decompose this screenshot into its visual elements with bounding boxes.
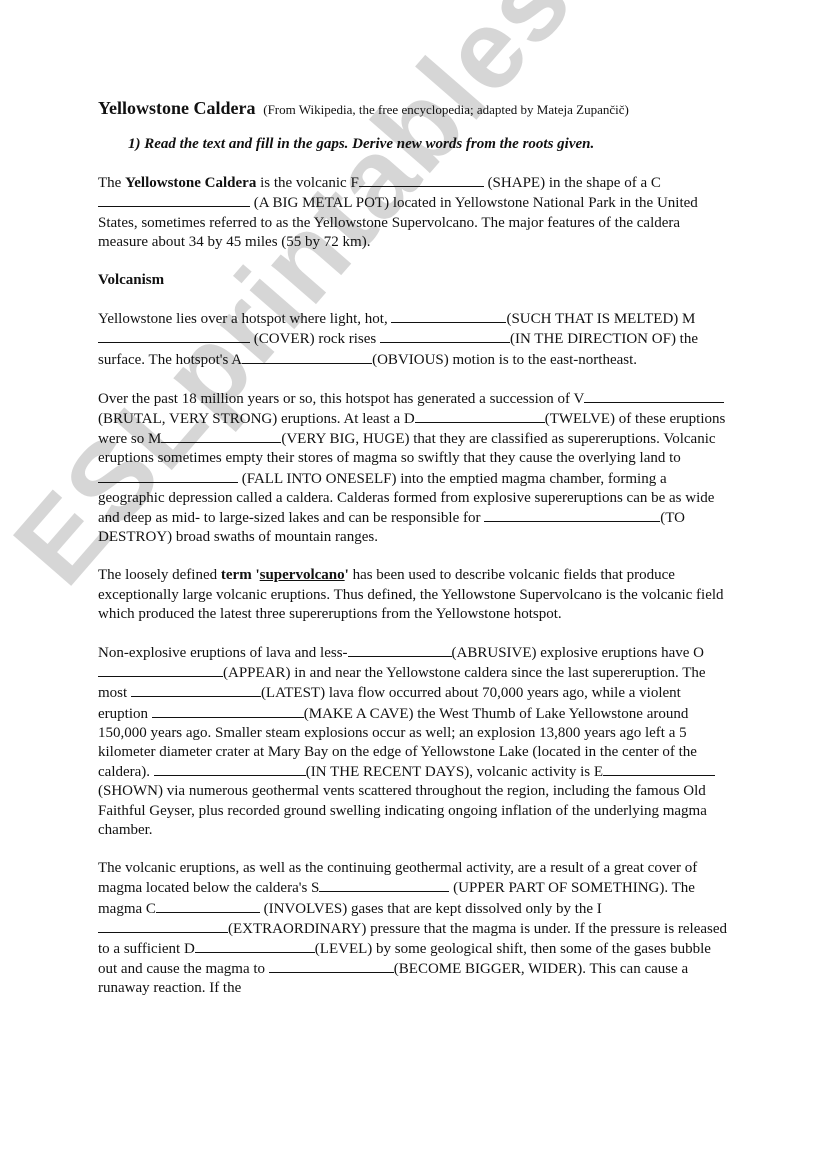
- text: (IN THE RECENT DAYS), volcanic activity …: [306, 764, 603, 780]
- gap-blank[interactable]: [242, 350, 372, 364]
- source-note: (From Wikipedia, the free encyclopedia; …: [263, 102, 629, 117]
- gap-blank[interactable]: [98, 329, 250, 343]
- gap-blank[interactable]: [348, 643, 452, 657]
- text: (ABRUSIVE) explosive eruptions have O: [452, 645, 704, 661]
- text: The: [98, 175, 125, 191]
- gap-blank[interactable]: [484, 508, 660, 522]
- paragraph-5: The volcanic eruptions, as well as the c…: [98, 859, 728, 998]
- gap-blank[interactable]: [161, 429, 281, 443]
- text: (SHOWN) via numerous geothermal vents sc…: [98, 783, 707, 837]
- gap-blank[interactable]: [603, 762, 715, 776]
- paragraph-3: The loosely defined term 'supervolcano' …: [98, 566, 728, 624]
- text: Yellowstone lies over a hotspot where li…: [98, 311, 391, 327]
- text: Over the past 18 million years or so, th…: [98, 391, 584, 407]
- gap-blank[interactable]: [195, 939, 315, 953]
- paragraph-4: Non-explosive eruptions of lava and less…: [98, 643, 728, 840]
- bold-term: term 'supervolcano': [221, 567, 349, 583]
- text: Non-explosive eruptions of lava and less…: [98, 645, 348, 661]
- gap-blank[interactable]: [154, 762, 306, 776]
- gap-blank[interactable]: [131, 683, 261, 697]
- page-title: Yellowstone Caldera: [98, 98, 255, 118]
- text: (OBVIOUS) motion is to the east-northeas…: [372, 352, 637, 368]
- instruction: 1) Read the text and fill in the gaps. D…: [128, 135, 728, 154]
- text: is the volcanic F: [256, 175, 358, 191]
- text: (SUCH THAT IS MELTED) M: [506, 311, 695, 327]
- text: (INVOLVES) gases that are kept dissolved…: [260, 901, 602, 917]
- gap-blank[interactable]: [98, 663, 223, 677]
- worksheet-page: ESLprintables.com Yellowstone Caldera (F…: [0, 0, 826, 1169]
- gap-blank[interactable]: [359, 173, 484, 187]
- title-line: Yellowstone Caldera (From Wikipedia, the…: [98, 99, 728, 121]
- text: (SHAPE) in the shape of a C: [484, 175, 661, 191]
- underlined-term: supervolcano: [260, 567, 345, 583]
- section-heading: Volcanism: [98, 271, 728, 290]
- gap-blank[interactable]: [391, 309, 506, 323]
- gap-blank[interactable]: [584, 389, 724, 403]
- intro-paragraph: The Yellowstone Caldera is the volcanic …: [98, 173, 728, 252]
- gap-blank[interactable]: [98, 469, 238, 483]
- gap-blank[interactable]: [98, 919, 228, 933]
- gap-blank[interactable]: [319, 878, 449, 892]
- gap-blank[interactable]: [415, 409, 545, 423]
- text: The loosely defined: [98, 567, 221, 583]
- gap-blank[interactable]: [380, 329, 510, 343]
- text: (BRUTAL, VERY STRONG) eruptions. At leas…: [98, 411, 415, 427]
- text: (COVER) rock rises: [250, 331, 380, 347]
- paragraph-2: Over the past 18 million years or so, th…: [98, 389, 728, 548]
- bold-term: Yellowstone Caldera: [125, 175, 256, 191]
- text: term ': [221, 567, 260, 583]
- worksheet-content: Yellowstone Caldera (From Wikipedia, the…: [98, 99, 728, 999]
- gap-blank[interactable]: [98, 193, 250, 207]
- paragraph-1: Yellowstone lies over a hotspot where li…: [98, 309, 728, 370]
- gap-blank[interactable]: [152, 704, 304, 718]
- gap-blank[interactable]: [269, 959, 394, 973]
- gap-blank[interactable]: [156, 899, 260, 913]
